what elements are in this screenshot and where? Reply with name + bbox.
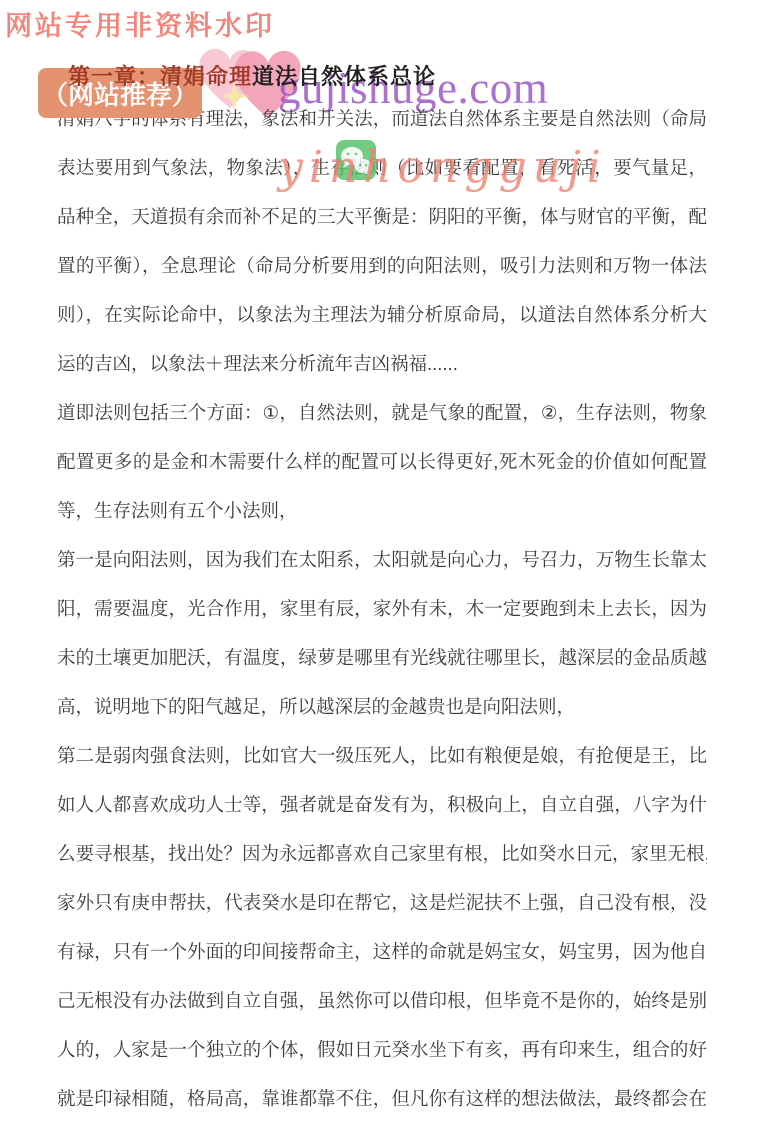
- text-line: 运的吉凶，以象法＋理法来分析流年吉凶祸福......: [57, 339, 707, 388]
- site-notice-watermark: 网站专用非资料水印: [5, 4, 275, 43]
- paragraph: 道即法则包括三个方面：①，自然法则，就是气象的配置，②，生存法则，物象 配置更多…: [57, 388, 707, 535]
- document-page: 网站专用非资料水印 gujishuge.com （网站推荐） 第一章：清娟命理道…: [0, 0, 760, 1146]
- text-line: 道即法则包括三个方面：①，自然法则，就是气象的配置，②，生存法则，物象: [57, 388, 707, 437]
- text-line: 有禄，只有一个外面的印间接帮命主，这样的命就是妈宝女，妈宝男，因为他自: [57, 927, 707, 976]
- paragraph: 第二是弱肉强食法则，比如官大一级压死人，比如有粮便是娘，有抢便是王，比 如人人都…: [57, 731, 707, 1123]
- body-text: 清娟八字的体系有理法，象法和开关法，而道法自然体系主要是自然法则（命局 表达要用…: [57, 94, 707, 1123]
- text-line: 就是印禄相随，格局高，靠谁都靠不住，但凡你有这样的想法做法，最终都会在: [57, 1074, 707, 1123]
- paragraph: 清娟八字的体系有理法，象法和开关法，而道法自然体系主要是自然法则（命局 表达要用…: [57, 94, 707, 388]
- text-line: 人的，人家是一个独立的个体，假如日元癸水坐下有亥，再有印来生，组合的好: [57, 1025, 707, 1074]
- text-line: 第二是弱肉强食法则，比如官大一级压死人，比如有粮便是娘，有抢便是王，比: [57, 731, 707, 780]
- heading-part2: 道法自然体系总论: [252, 64, 436, 89]
- text-line: 阳，需要温度，光合作用，家里有辰，家外有未，木一定要跑到未上去长，因为: [57, 584, 707, 633]
- text-line: 品种全，天道损有余而补不足的三大平衡是：阴阳的平衡，体与财官的平衡，配: [57, 192, 707, 241]
- text-line: 己无根没有办法做到自立自强，虽然你可以借印根，但毕竟不是你的，始终是别: [57, 976, 707, 1025]
- text-line: 置的平衡），全息理论（命局分析要用到的向阳法则，吸引力法则和万物一体法: [57, 241, 707, 290]
- text-line: 等，生存法则有五个小法则，: [57, 486, 707, 535]
- text-line: 则），在实际论命中，以象法为主理法为辅分析原命局，以道法自然体系分析大: [57, 290, 707, 339]
- text-line: 第一是向阳法则，因为我们在太阳系，太阳就是向心力，号召力，万物生长靠太: [57, 535, 707, 584]
- text-line: 配置更多的是金和木需要什么样的配置可以长得更好,死木死金的价值如何配置: [57, 437, 707, 486]
- text-line: 高，说明地下的阳气越足，所以越深层的金越贵也是向阳法则，: [57, 682, 707, 731]
- text-line: 么要寻根基，找出处？因为永远都喜欢自己家里有根，比如癸水日元，家里无根，: [57, 829, 707, 878]
- script-watermark: yinhongguji: [278, 146, 607, 190]
- text-line: 未的土壤更加肥沃，有温度，绿萝是哪里有光线就往哪里长，越深层的金品质越: [57, 633, 707, 682]
- text-line: 家外只有庚申帮扶，代表癸水是印在帮它，这是烂泥扶不上强，自己没有根，没: [57, 878, 707, 927]
- chapter-heading: 第一章：清娟命理道法自然体系总论: [68, 60, 436, 91]
- heading-part1: 第一章：清娟命理: [68, 64, 252, 89]
- paragraph: 第一是向阳法则，因为我们在太阳系，太阳就是向心力，号召力，万物生长靠太 阳，需要…: [57, 535, 707, 731]
- text-line: 如人人都喜欢成功人士等，强者就是奋发有为，积极向上，自立自强，八字为什: [57, 780, 707, 829]
